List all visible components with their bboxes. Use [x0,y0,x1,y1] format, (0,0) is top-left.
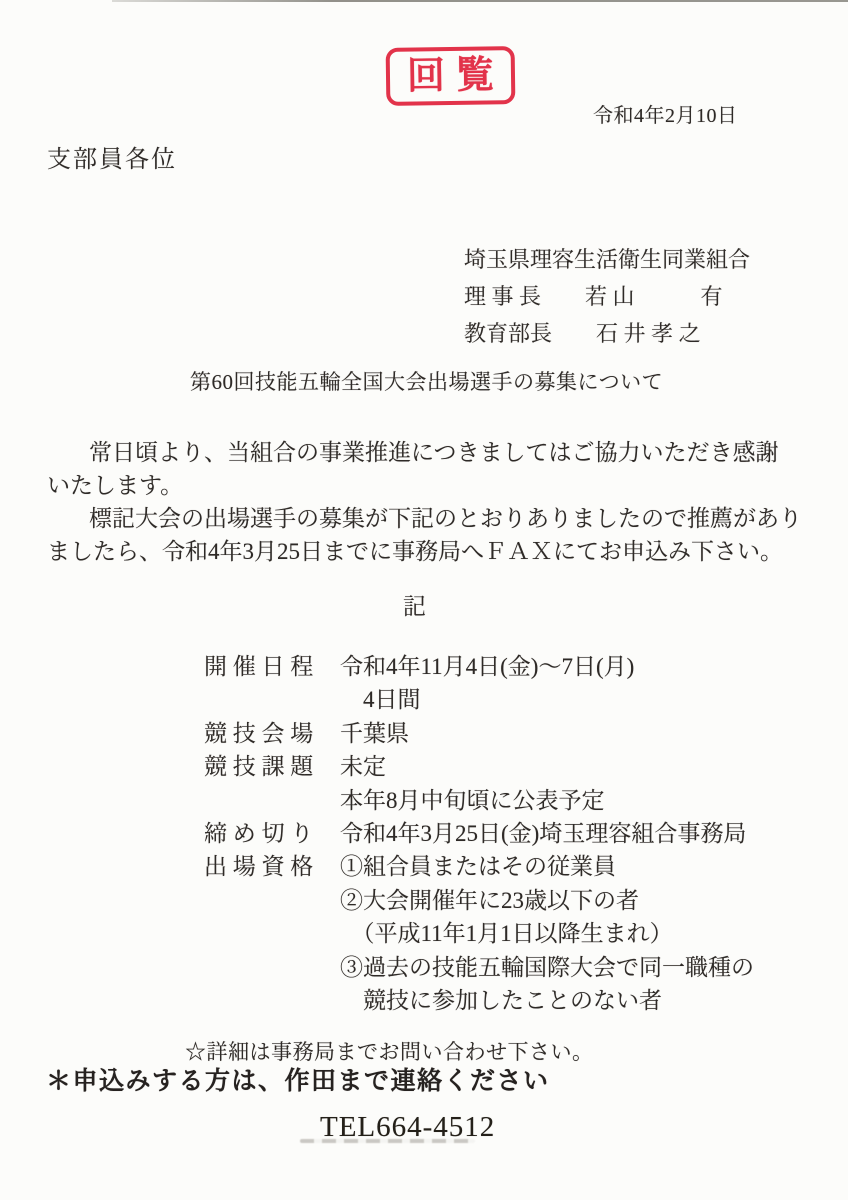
detail-row: 競技に参加したことのない者 [204,984,754,1017]
detail-row: ②大会開催年に23歳以下の者 [204,884,754,917]
detail-value: 令和4年11月4日(金)～7日(月) [340,654,634,679]
contact-footnote: ＊申込みする方は、作田まで連絡ください [46,1061,550,1097]
date-line: 令和4年2月10日 [593,99,738,128]
detail-label: 競 技 課 題 [204,750,340,783]
detail-value: 未定 [340,754,386,779]
detail-row: 4日間 [204,683,754,716]
detail-row: 出 場 資 格①組合員またはその従業員 [204,850,754,883]
detail-row: 競 技 課 題未定 [204,750,754,783]
detail-label: 出 場 資 格 [204,850,340,883]
detail-label: 開 催 日 程 [204,650,340,683]
body-line: いたします。 [47,469,807,502]
detail-row: （平成11年1月1日以降生まれ） [204,917,754,950]
detail-row: 本年8月中旬頃に公表予定 [204,784,754,817]
detail-value: 令和4年3月25日(金)埼玉理容組合事務局 [340,821,746,846]
detail-row: ③過去の技能五輪国際大会で同一職種の [204,951,754,984]
detail-value: 千葉県 [340,721,409,746]
detail-label: 競 技 会 場 [204,717,340,750]
detail-value: ②大会開催年に23歳以下の者 [340,888,639,913]
detail-value: ①組合員またはその従業員 [340,854,616,879]
body-line: ましたら、令和4年3月25日までに事務局へＦＡＸにてお申込み下さい。 [47,535,807,568]
kairan-circulation-stamp: 回覧 [386,46,516,106]
sender-block: 埼玉県理容生活衛生同業組合 理 事 長 若 山 有 教育部長 石 井 孝 之 [464,241,750,352]
detail-value: 競技に参加したことのない者 [340,988,662,1013]
detail-row: 競 技 会 場千葉県 [204,717,754,750]
detail-value: ③過去の技能五輪国際大会で同一職種の [340,955,754,980]
subject-title: 第60回技能五輪全国大会出場選手の募集について [190,366,663,396]
stamp-label: 回覧 [396,56,506,96]
body-line: 常日頃より、当組合の事業推進につきましてはご協力いただき感謝 [47,436,807,469]
sender-org-line: 埼玉県理容生活衛生同業組合 [464,241,750,278]
recipient-line: 支部員各位 [47,139,177,174]
sender-education-chief-line: 教育部長 石 井 孝 之 [464,315,750,352]
detail-row: 締 め 切 り令和4年3月25日(金)埼玉理容組合事務局 [204,817,754,850]
detail-row: 開 催 日 程令和4年11月4日(金)～7日(月) [204,650,754,683]
detail-value: （平成11年1月1日以降生まれ） [340,921,673,946]
body-line: 標記大会の出場選手の募集が下記のとおりありましたので推薦があり [47,502,807,535]
detail-label: 締 め 切 り [204,817,340,850]
scan-edge-artifact-top [112,0,848,2]
scan-artifact-bottom [300,1139,475,1143]
record-marker: 記 [403,588,427,621]
detail-value: 4日間 [340,687,421,712]
detail-value: 本年8月中旬頃に公表予定 [340,788,605,813]
scanned-letter-page: 回覧 令和4年2月10日 支部員各位 埼玉県理容生活衛生同業組合 理 事 長 若… [0,0,848,1200]
sender-chairman-line: 理 事 長 若 山 有 [464,278,750,315]
details-list: 開 催 日 程令和4年11月4日(金)～7日(月) 4日間 競 技 会 場千葉県… [204,650,754,1017]
body-paragraphs: 常日頃より、当組合の事業推進につきましてはご協力いただき感謝 いたします。 標記… [47,436,807,568]
